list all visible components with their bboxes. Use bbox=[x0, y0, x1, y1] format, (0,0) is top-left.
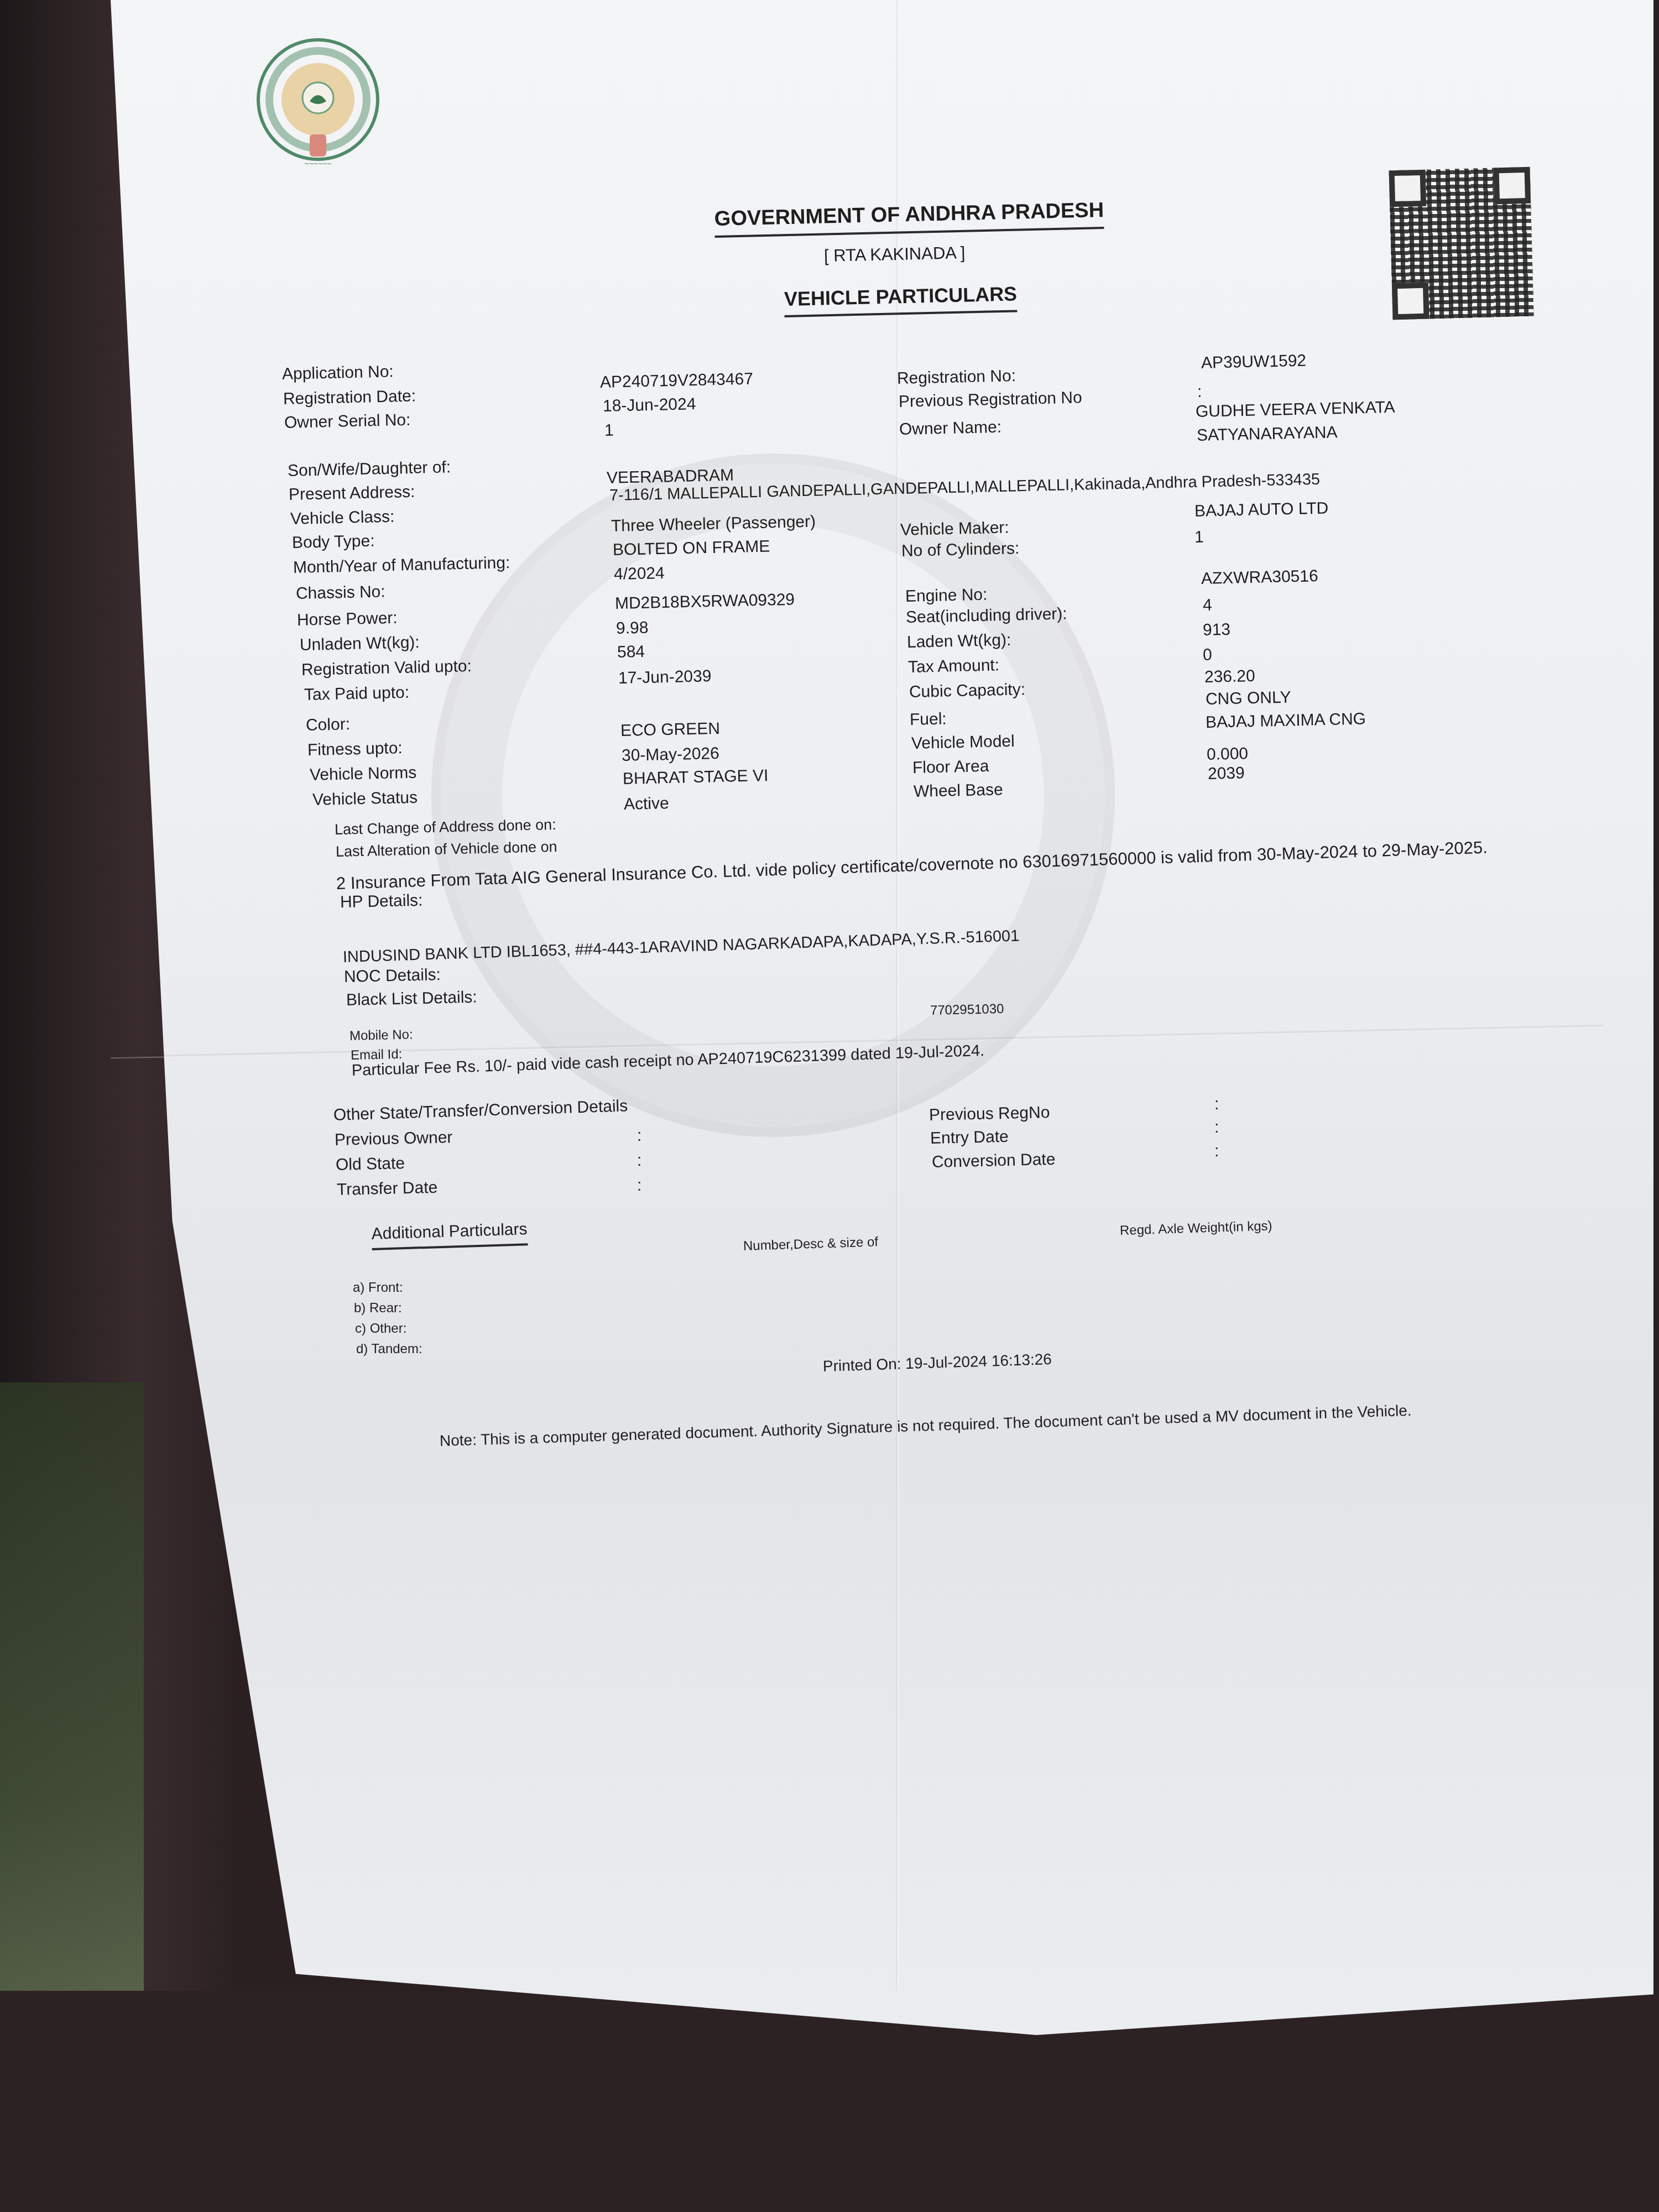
hp-details-value: INDUSIND BANK LTD IBL1653, ##4-443-1ARAV… bbox=[342, 927, 1019, 967]
field-value: 236.20 bbox=[1204, 667, 1256, 687]
transfer-heading: Other State/Transfer/Conversion Details bbox=[333, 1097, 628, 1125]
transfer-separator: : bbox=[637, 1126, 641, 1145]
transfer-field-label: Transfer Date bbox=[337, 1178, 438, 1199]
field-label: Engine No: bbox=[905, 586, 988, 606]
field-value-continued: SATYANARAYANA bbox=[1197, 423, 1338, 445]
field-label: Fuel: bbox=[910, 709, 947, 729]
office-name: [ RTA KAKINADA ] bbox=[824, 243, 966, 266]
field-value: Three Wheeler (Passenger) bbox=[611, 513, 816, 536]
transfer-field-label: Entry Date bbox=[930, 1128, 1009, 1148]
field-value: 30-May-2026 bbox=[622, 744, 719, 765]
field-value: BOLTED ON FRAME bbox=[613, 538, 770, 560]
field-label: Floor Area bbox=[912, 757, 989, 778]
last-alteration-label: Last Alteration of Vehicle done on bbox=[336, 838, 557, 860]
government-heading: GOVERNMENT OF ANDHRA PRADESH bbox=[714, 199, 1104, 238]
field-label: Tax Amount: bbox=[908, 656, 1000, 677]
field-value: Active bbox=[624, 794, 669, 814]
field-value: 584 bbox=[617, 643, 645, 662]
field-value: : bbox=[1197, 383, 1202, 401]
transfer-separator: : bbox=[637, 1151, 641, 1170]
field-value: MD2B18BX5RWA09329 bbox=[615, 591, 795, 613]
field-value: 0 bbox=[1203, 646, 1212, 665]
field-label: Unladen Wt(kg): bbox=[300, 633, 420, 655]
field-label: Vehicle Class: bbox=[290, 508, 395, 529]
field-label: No of Cylinders: bbox=[901, 539, 1020, 561]
transfer-field-label: Previous RegNo bbox=[929, 1103, 1050, 1125]
transfer-field-label: Previous Owner bbox=[335, 1128, 453, 1150]
hp-details-label: HP Details: bbox=[340, 891, 423, 912]
transfer-separator: : bbox=[637, 1176, 641, 1195]
field-value: ECO GREEN bbox=[620, 719, 721, 740]
field-label: Body Type: bbox=[292, 532, 375, 552]
axle-row-label: b) Rear: bbox=[354, 1301, 402, 1316]
transfer-separator: : bbox=[1214, 1142, 1219, 1161]
footer-note: Note: This is a computer generated docum… bbox=[439, 1402, 1412, 1450]
field-label: Vehicle Norms bbox=[310, 764, 417, 785]
field-label: Seat(including driver): bbox=[906, 604, 1067, 627]
field-label: Fitness upto: bbox=[307, 739, 403, 760]
last-change-address-label: Last Change of Address done on: bbox=[335, 816, 556, 838]
field-label: Registration Valid upto: bbox=[301, 657, 472, 680]
axle-row-label: c) Other: bbox=[355, 1321, 406, 1337]
field-value: 913 bbox=[1203, 620, 1231, 640]
field-label: Cubic Capacity: bbox=[909, 680, 1026, 702]
transfer-field-label: Old State bbox=[336, 1154, 405, 1175]
field-value: 2039 bbox=[1208, 764, 1245, 784]
field-label: Chassis No: bbox=[296, 582, 385, 603]
field-label: Registration Date: bbox=[283, 387, 416, 409]
field-value: 4 bbox=[1203, 596, 1212, 615]
mobile-number: 7702951030 bbox=[930, 1001, 1004, 1019]
field-value: 1 bbox=[604, 421, 614, 440]
field-label: Tax Paid upto: bbox=[304, 684, 410, 705]
mobile-label: Mobile No: bbox=[349, 1027, 413, 1044]
field-value: 1 bbox=[1194, 528, 1204, 547]
field-label: Previous Registration No bbox=[899, 388, 1083, 411]
noc-details-label: NOC Details: bbox=[344, 966, 441, 987]
field-value: 4/2024 bbox=[614, 564, 665, 584]
field-label: Present Address: bbox=[289, 483, 415, 504]
field-label: Vehicle Status bbox=[312, 789, 418, 810]
field-label: Laden Wt(kg): bbox=[907, 631, 1011, 652]
field-value: 17-Jun-2039 bbox=[618, 667, 712, 688]
blacklist-details-label: Black List Details: bbox=[346, 988, 477, 1010]
transfer-separator: : bbox=[1214, 1095, 1219, 1114]
field-label: Son/Wife/Daughter of: bbox=[288, 458, 451, 481]
axle-weight-header: Regd. Axle Weight(in kgs) bbox=[1120, 1218, 1272, 1239]
field-value: CNG ONLY bbox=[1206, 688, 1291, 708]
document-title: VEHICLE PARTICULARS bbox=[784, 282, 1017, 317]
number-desc-size-header: Number,Desc & size of bbox=[743, 1234, 879, 1254]
axle-row-label: d) Tandem: bbox=[356, 1342, 422, 1357]
field-value: AZXWRA30516 bbox=[1201, 567, 1318, 588]
field-label: Registration No: bbox=[897, 367, 1016, 388]
transfer-separator: : bbox=[1214, 1118, 1219, 1137]
field-value: BAJAJ AUTO LTD bbox=[1194, 499, 1329, 521]
field-label: Color: bbox=[306, 715, 351, 735]
field-label: Vehicle Maker: bbox=[900, 519, 1009, 540]
additional-particulars-heading: Additional Particulars bbox=[371, 1220, 528, 1250]
field-value: 9.98 bbox=[616, 619, 649, 638]
field-value: AP240719V2843467 bbox=[600, 370, 754, 392]
printed-on: Printed On: 19-Jul-2024 16:13:26 bbox=[822, 1350, 1052, 1375]
field-value: GUDHE VEERA VENKATA bbox=[1196, 398, 1395, 421]
field-label: Horse Power: bbox=[297, 609, 398, 630]
field-label: Vehicle Model bbox=[911, 732, 1015, 753]
field-value: BHARAT STAGE VI bbox=[623, 766, 769, 789]
vehicle-particulars-document: GOVERNMENT OF ANDHRA PRADESH [ RTA KAKIN… bbox=[0, 0, 1659, 2212]
field-label: Application No: bbox=[282, 362, 394, 384]
transfer-field-label: Conversion Date bbox=[932, 1150, 1056, 1172]
field-value: 18-Jun-2024 bbox=[603, 395, 696, 416]
particular-fee-note: Particular Fee Rs. 10/- paid vide cash r… bbox=[351, 1042, 984, 1080]
field-label: Wheel Base bbox=[914, 780, 1003, 801]
field-label: Month/Year of Manufacturing: bbox=[293, 554, 510, 577]
field-label: Owner Serial No: bbox=[284, 411, 411, 432]
axle-row-label: a) Front: bbox=[353, 1280, 403, 1296]
field-value: AP39UW1592 bbox=[1201, 352, 1307, 373]
field-value: BAJAJ MAXIMA CNG bbox=[1206, 709, 1366, 732]
field-label: Owner Name: bbox=[899, 418, 1002, 439]
field-value: 0.000 bbox=[1207, 744, 1249, 764]
